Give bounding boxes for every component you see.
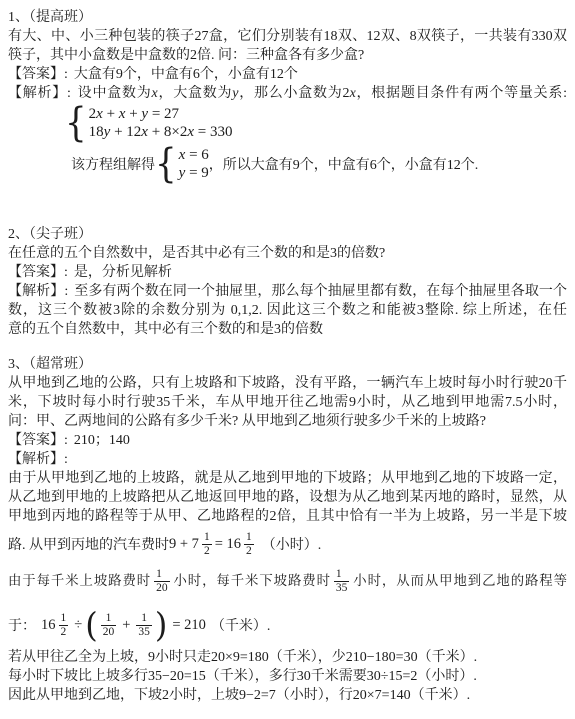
problem3-analysis-label-line: 【解析】: <box>8 450 567 469</box>
right-paren-icon: ) <box>155 608 167 642</box>
problem1-answer-line: 【答案】:大盒有9个，中盒有6个，小盒有12个 <box>8 65 567 84</box>
problem2-question-line1: 在任意的五个自然数中，是否其中必有三个数的和是3的倍数? <box>8 244 567 263</box>
fraction-1-35: 1 35 <box>136 612 152 639</box>
analysis-label: 【解析】: <box>8 452 68 467</box>
answer-label: 【答案】: <box>8 265 68 280</box>
problem3-rate-line: 由于每千米上坡路费时120小时，每千米下坡路费时135小时，从而从甲地到乙地的路… <box>8 562 567 602</box>
division-sign: ÷ <box>74 617 82 634</box>
unit-hours: （小时）. <box>262 534 322 554</box>
solution-prefix: 该方程组解得 <box>71 154 155 174</box>
equals-210: = 210 <box>172 617 206 634</box>
solution-y: y = 9 <box>179 164 209 182</box>
fraction-1-35: 135 <box>334 568 350 595</box>
rate-line-c: 小时，从而从甲地到乙地的路程等 <box>352 573 567 588</box>
problem3-question-line2: 米，下坡时每小时行驶35千米，车从甲地开往乙地需9小时，从乙地到甲地需7.5小时… <box>8 393 567 412</box>
problem3-analysis-p3-line2: 每小时下坡比上坡多行35−20=15（千米），多行30千米需要30÷15=2（小… <box>8 667 567 686</box>
rate-line-a: 由于每千米上坡路费时 <box>8 573 151 588</box>
analysis-label: 【解析】: <box>8 284 68 299</box>
plus-sign: + <box>122 617 130 634</box>
solution-suffix: ，所以大盒有9个，中盒有6个，小盒有12个. <box>209 154 479 174</box>
fraction-1-20: 1 20 <box>101 612 117 639</box>
problem1-equation-system: { 2x + x + y = 27 18y + 12x + 8×2x = 330 <box>65 105 567 141</box>
fraction-one-half: 1 2 <box>59 612 69 639</box>
problem2-analysis-line2: 数，这三个数被3除的余数分别为 0,1,2. 因此这三个数之和能被3整除. 综上… <box>8 301 567 320</box>
problem1-question-line2: 筷子，其中小盒数是中盒数的2倍. 问：三种盒各有多少盒? <box>8 46 567 65</box>
problem3-analysis-p1-line1: 由于从甲地到乙地的上坡路，就是从乙地到甲地的下坡路；从甲地到乙地的下坡路一定， <box>8 469 567 488</box>
fraction-one-half: 1 2 <box>202 531 212 558</box>
problem-2: 2、（尖子班） 在任意的五个自然数中，是否其中必有三个数的和是3的倍数? 【答案… <box>8 225 567 339</box>
formula-prefix: 于： <box>8 615 36 635</box>
time-line-prefix: 路. 从甲到丙地的汽车费时 <box>8 534 169 554</box>
problem2-answer-line: 【答案】:是，分析见解析 <box>8 263 567 282</box>
worksheet-page: 1、（提高班） 有大、中、小三种包装的筷子27盒，它们分别装有18双、12双、8… <box>0 0 575 719</box>
analysis-label: 【解析】: <box>8 86 71 101</box>
answer-text: 是，分析见解析 <box>74 265 172 280</box>
problem-3: 3、（超常班） 从甲地到乙地的公路，只有上坡路和下坡路，没有平路，一辆汽车上坡时… <box>8 355 567 705</box>
left-brace-icon: { <box>65 103 87 143</box>
answer-label: 【答案】: <box>8 67 68 82</box>
analysis-text-line1: 至多有两个数在同一个抽屉里，那么每个抽屉里都有数，在每个抽屉里各取一个 <box>74 284 567 299</box>
problem1-analysis-line: 【解析】:设中盒数为x，大盒数为y，那么小盒数为2x，根据题目条件有两个等量关系… <box>8 84 567 103</box>
left-brace-icon: { <box>155 144 177 184</box>
problem1-solution-line: 该方程组解得 { x = 6 y = 9 ，所以大盒有9个，中盒有6个，小盒有1… <box>71 143 567 185</box>
mixed-number-16: 16 <box>41 617 56 634</box>
equation-column: 2x + x + y = 27 18y + 12x + 8×2x = 330 <box>89 105 233 141</box>
time-expression-a: 9 + 7 <box>169 536 199 553</box>
equation-1: 2x + x + y = 27 <box>89 105 233 123</box>
problem3-question-line3: 问：甲、乙两地间的公路有多少千米? 从甲地到乙地须行驶多少千米的上坡路? <box>8 412 567 431</box>
problem3-analysis-p3-line3: 因此从甲地到乙地，下坡2小时，上坡9−2=7（小时），行20×7=140（千米）… <box>8 686 567 705</box>
problem3-analysis-p1-line3: 甲地到丙地的路程等于从甲、乙地路程的2倍，且其中恰有一半为上坡路，另一半是下坡 <box>8 507 567 526</box>
fraction-one-half: 1 2 <box>244 531 254 558</box>
answer-text: 210；140 <box>74 433 130 448</box>
solution-x: x = 6 <box>179 146 209 164</box>
rate-line-b: 小时，每千米下坡路费时 <box>173 573 331 588</box>
problem2-analysis-line3: 意的五个自然数中，其中必有三个数的和是3的倍数 <box>8 320 567 339</box>
analysis-text: 设中盒数为x，大盒数为y，那么小盒数为2x，根据题目条件有两个等量关系: <box>77 86 567 101</box>
problem3-total-time-line: 路. 从甲到丙地的汽车费时 9 + 7 1 2 = 16 1 2 （小时）. <box>8 526 567 562</box>
answer-label: 【答案】: <box>8 433 68 448</box>
problem3-distance-formula-line: 于： 16 1 2 ÷ ( 1 20 + 1 35 ) = 210 （千米）. <box>8 602 567 648</box>
fraction-1-20: 120 <box>154 568 170 595</box>
time-expression-b: = 16 <box>215 536 241 553</box>
problem1-question-line1: 有大、中、小三种包装的筷子27盒，它们分别装有18双、12双、8双筷子，一共装有… <box>8 27 567 46</box>
problem1-heading: 1、（提高班） <box>8 8 567 27</box>
equation-2: 18y + 12x + 8×2x = 330 <box>89 123 233 141</box>
problem3-heading: 3、（超常班） <box>8 355 567 374</box>
solution-column: x = 6 y = 9 <box>179 146 209 182</box>
problem3-analysis-p1-line2: 从乙地到甲地的上坡路把从乙地返回甲地的路，设想为从乙地到某丙地的路时，显然，从 <box>8 488 567 507</box>
problem3-answer-line: 【答案】:210；140 <box>8 431 567 450</box>
problem3-question-line1: 从甲地到乙地的公路，只有上坡路和下坡路，没有平路，一辆汽车上坡时每小时行驶20千 <box>8 374 567 393</box>
problem-1: 1、（提高班） 有大、中、小三种包装的筷子27盒，它们分别装有18双、12双、8… <box>8 8 567 185</box>
problem2-heading: 2、（尖子班） <box>8 225 567 244</box>
left-paren-icon: ( <box>85 608 97 642</box>
answer-text: 大盒有9个，中盒有6个，小盒有12个 <box>74 67 298 82</box>
problem2-analysis-line1: 【解析】:至多有两个数在同一个抽屉里，那么每个抽屉里都有数，在每个抽屉里各取一个 <box>8 282 567 301</box>
unit-km: （千米）. <box>211 615 271 635</box>
problem3-analysis-p3-line1: 若从甲往乙全为上坡，9小时只走20×9=180（千米），少210−180=30（… <box>8 648 567 667</box>
